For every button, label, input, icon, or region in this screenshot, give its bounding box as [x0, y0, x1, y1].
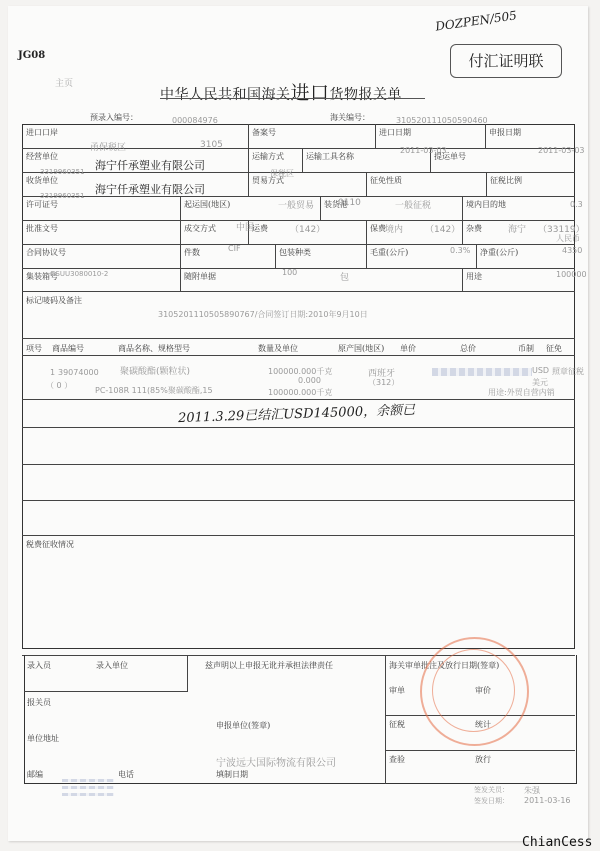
- origin-country-value: 一般贸易: [278, 198, 314, 211]
- col-hs-code: 商品编号: [52, 343, 84, 354]
- redacted-line: [62, 779, 114, 782]
- origin-country-label: 起运国(地区): [184, 199, 230, 210]
- freight-value: （142）: [290, 222, 325, 235]
- license-no-label: 许可证号: [26, 199, 58, 210]
- deal-mode-label: 成交方式: [184, 223, 216, 234]
- pieces-value: CIF: [228, 244, 241, 253]
- redacted-line: [62, 793, 114, 796]
- usage-value: 100000: [556, 270, 587, 279]
- gross-weight-value: 0.3%: [450, 246, 470, 255]
- entry-unit-label: 录入单位: [96, 660, 128, 671]
- import-port-label: 进口口岸: [26, 127, 58, 138]
- issue-date: 2011-03-16: [524, 796, 571, 805]
- col-currency: 币制: [518, 343, 534, 354]
- loading-port-extra: 一般征税: [395, 198, 431, 211]
- issue-date-label: 签发日期：: [474, 796, 509, 806]
- declaring-unit-label: 申报单位(签章): [216, 720, 270, 731]
- usage-label: 用途: [466, 271, 482, 282]
- misc-fees-label: 杂费: [466, 223, 482, 234]
- insurance-extra: （142）: [425, 222, 460, 235]
- declaration-text: 兹声明以上申报无讹并承担法律责任: [205, 660, 333, 671]
- goods-name: 聚碳酸酯(颗粒状): [120, 364, 190, 377]
- net-weight-value: 4350: [562, 246, 582, 255]
- insurance-label: 保费: [370, 223, 386, 234]
- col-name-spec: 商品名称、规格型号: [118, 343, 190, 354]
- release-label: 放行: [475, 754, 491, 765]
- freight-label: 运费: [252, 223, 268, 234]
- col-origin: 原产国(地区): [338, 343, 384, 354]
- pre-entry-no-label: 预录入编号：: [90, 112, 138, 123]
- levy-mode: 照章征税: [552, 366, 584, 377]
- transport-mode-label: 运输方式: [252, 151, 284, 162]
- item-no: 1: [50, 368, 55, 377]
- bill-no-label: 提运单号: [434, 151, 466, 162]
- consignee-unit-value: 海宁仟承塑业有限公司: [95, 181, 205, 197]
- package-type-label: 包装种类: [279, 247, 311, 258]
- qty-legal: 100000.000千克: [268, 387, 332, 398]
- usage-note: 用途:外贸自营内销: [488, 387, 555, 398]
- approval-no-label: 批准文号: [26, 223, 58, 234]
- redacted-price: [432, 368, 532, 376]
- operating-unit-label: 经营单位: [26, 151, 58, 162]
- misc-fees-value: 海宁: [508, 222, 526, 235]
- marks-label: 标记唛码及备注: [26, 295, 82, 306]
- issuer-label: 签发关员：: [474, 785, 509, 795]
- container-no-value: GSUU3080010-2: [50, 270, 108, 278]
- insurance-value: 境内: [385, 222, 403, 235]
- phone-label: 电话: [118, 769, 134, 780]
- marks-value: 3105201110505890767/合同签订日期:2010年9月10日: [158, 309, 368, 320]
- title-suffix: 货物报关单: [330, 87, 403, 103]
- copy-type-label: 付汇证明联: [450, 44, 562, 78]
- import-port-code: 3105: [200, 140, 223, 150]
- qty-secondary: 0.000: [298, 376, 321, 385]
- misc-fees-currency: 人民币: [556, 233, 580, 244]
- prepared-date-label: 填制日期: [216, 769, 248, 780]
- attached-docs-unit: 包: [340, 270, 349, 283]
- goods-spec: PC-108R 111(85%聚碳酸酯,15: [95, 385, 213, 396]
- loading-port-value: 0110: [338, 198, 361, 208]
- levy-tax-label: 征税: [389, 719, 405, 730]
- destination-value: 0.3: [570, 200, 583, 209]
- col-unit-price: 单价: [400, 343, 416, 354]
- levy-nature-label: 征免性质: [370, 175, 402, 186]
- customs-stamp-inner: [432, 649, 515, 732]
- customs-no-label: 海关编号：: [330, 112, 370, 123]
- record-no-label: 备案号: [252, 127, 276, 138]
- col-item-no: 项号: [26, 343, 42, 354]
- consignee-unit-label: 收货单位: [26, 175, 58, 186]
- import-date-label: 进口日期: [379, 127, 411, 138]
- copy-label: 主页: [55, 76, 73, 89]
- origin-code: （312）: [368, 377, 399, 388]
- unit-address-label: 单位地址: [27, 733, 59, 744]
- transport-name-label: 运输工具名称: [306, 151, 354, 162]
- title-prefix: 中华人民共和国海关: [160, 87, 291, 103]
- watermark: ChianCess: [522, 835, 592, 850]
- net-weight-label: 净重(公斤): [480, 247, 518, 258]
- title-emphasis: 进口: [291, 82, 330, 104]
- tax-section-label: 税费征收情况: [26, 539, 74, 550]
- destination-label: 境内目的地: [466, 199, 506, 210]
- issuer-name: 朱强: [524, 785, 540, 796]
- review-doc-label: 审单: [389, 685, 405, 696]
- levy-ratio-label: 征税比例: [490, 175, 522, 186]
- customs-broker-label: 报关员: [27, 697, 51, 708]
- currency-code: USD: [532, 366, 549, 375]
- hs-code: 39074000: [58, 368, 99, 377]
- col-total-price: 总价: [460, 343, 476, 354]
- form-code: JG08: [18, 50, 45, 61]
- attached-docs-value: 100: [282, 268, 297, 277]
- gross-weight-label: 毛重(公斤): [370, 247, 408, 258]
- col-levy: 征免: [546, 343, 562, 354]
- pieces-label: 件数: [184, 247, 200, 258]
- declaring-company: 宁波远大国际物流有限公司: [216, 754, 336, 769]
- declare-date-value: 2011-03-03: [538, 146, 585, 155]
- import-port-value: 甬保税区: [90, 140, 126, 153]
- declare-date-label: 申报日期: [489, 127, 521, 138]
- attached-docs-label: 随附单据: [184, 271, 216, 282]
- item-sub: （ 0 ）: [46, 380, 72, 391]
- redacted-line: [62, 786, 114, 789]
- operating-unit-value: 海宁仟承塑业有限公司: [95, 157, 205, 173]
- inspection-label: 查验: [389, 754, 405, 765]
- col-qty-unit: 数量及单位: [258, 343, 298, 354]
- entry-clerk-label: 录入员: [27, 660, 51, 671]
- postcode-label: 邮编: [27, 769, 43, 780]
- document-title: 中华人民共和国海关进口货物报关单: [160, 78, 402, 105]
- contract-no-label: 合同协议号: [26, 247, 66, 258]
- trade-mode-value: 保税区: [270, 168, 294, 179]
